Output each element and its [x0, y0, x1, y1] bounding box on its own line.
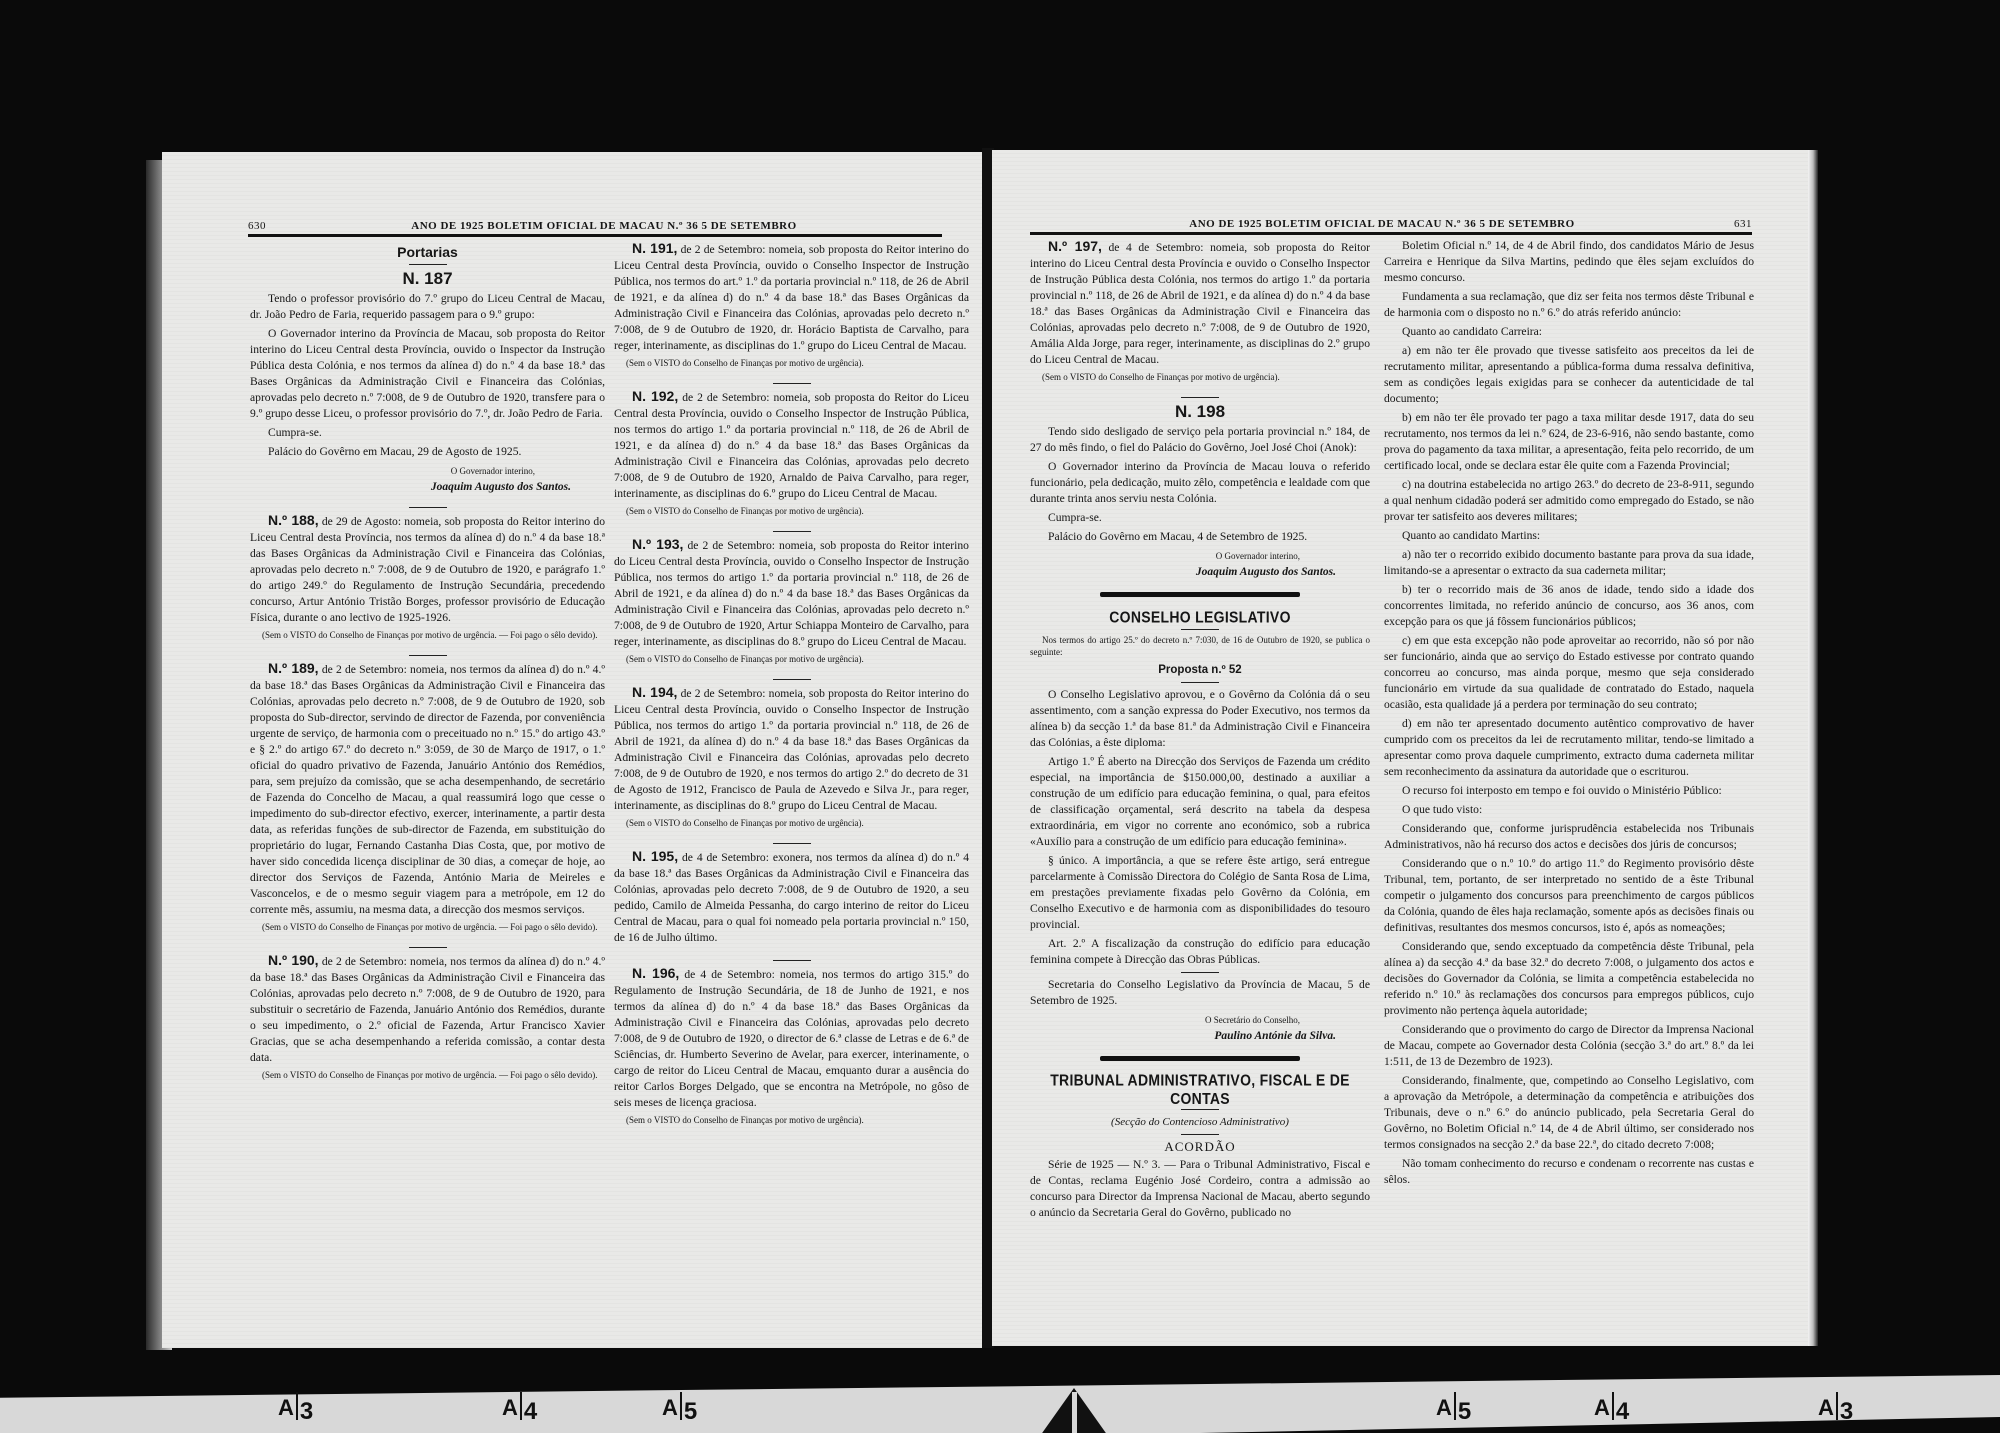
portaria-note: (Sem o VISTO do Conselho de Finanças por… — [614, 817, 969, 829]
portaria-text: de 29 de Agosto: nomeia, sob proposta do… — [250, 515, 605, 624]
acordao-paragraph: a) em não ter êle provado que tivesse sa… — [1384, 343, 1754, 407]
portaria-number: N. 198 — [1030, 404, 1370, 420]
page-edge — [1808, 150, 1818, 1346]
divider — [773, 383, 811, 384]
acordao-paragraph: b) ter o recorrido mais de 36 anos de id… — [1384, 582, 1754, 630]
right-page: ANO DE 1925 BOLETIM OFICIAL DE MACAU N.º… — [992, 150, 1812, 1346]
frame-marker: A3 — [1818, 1392, 1853, 1426]
portaria-lead: N. 191, — [632, 240, 677, 256]
running-head-title: ANO DE 1925 BOLETIM OFICIAL DE MACAU N.º… — [1030, 218, 1734, 230]
portaria-196: N. 196, de 4 de Setembro: nomeia, nos te… — [614, 965, 969, 1126]
acordao-paragraph: Considerando que o provimento do cargo d… — [1384, 1022, 1754, 1070]
divider — [1181, 972, 1219, 973]
left-page: 630 ANO DE 1925 BOLETIM OFICIAL DE MACAU… — [162, 152, 982, 1348]
acordao-paragraph: Considerando que, conforme jurisprudênci… — [1384, 821, 1754, 853]
frame-marker: A5 — [662, 1392, 697, 1426]
portaria-194: N. 194, de 2 de Setembro: nomeia, sob pr… — [614, 684, 969, 829]
divider — [409, 507, 447, 508]
signer-name: Joaquim Augusto dos Santos. — [1030, 564, 1336, 580]
portaria-note: (Sem o VISTO do Conselho de Finanças por… — [250, 921, 605, 933]
portaria-lead: N. 195, — [632, 848, 678, 864]
portaria-note: (Sem o VISTO do Conselho de Finanças por… — [250, 629, 605, 641]
divider — [409, 947, 447, 948]
portaria-lead: N. 192, — [632, 388, 678, 404]
conselho-article-2: Art. 2.º A fiscalização da construção do… — [1030, 936, 1370, 968]
portaria-note: (Sem o VISTO do Conselho de Finanças por… — [1030, 371, 1370, 383]
running-head: ANO DE 1925 BOLETIM OFICIAL DE MACAU N.º… — [1030, 210, 1752, 235]
divider — [773, 531, 811, 532]
left-column-2: N. 191, de 2 de Setembro: nomeia, sob pr… — [614, 240, 969, 1140]
portaria-lead: N. 196, — [632, 965, 679, 981]
frame-marker: A4 — [502, 1392, 537, 1426]
portaria-note: (Sem o VISTO do Conselho de Finanças por… — [614, 505, 969, 517]
portaria-place-date: Palácio do Govêrno em Macau, 4 de Setemb… — [1030, 529, 1370, 545]
right-column-1: N.º 197, de 4 de Setembro: nomeia, sob p… — [1030, 238, 1370, 1224]
acordao-paragraph: O recurso foi interposto em tempo e foi … — [1384, 783, 1754, 799]
divider — [409, 264, 447, 265]
acordao-paragraph: b) em não ter êle provado ter pago a tax… — [1384, 410, 1754, 474]
portaria-190: N.º 190, de 2 de Setembro: nomeia, nos t… — [250, 952, 605, 1081]
section-divider — [1100, 1056, 1300, 1061]
divider — [773, 960, 811, 961]
acordao-paragraph: Quanto ao candidato Carreira: — [1384, 324, 1754, 340]
portaria-192: N. 192, de 2 de Setembro: nomeia, sob pr… — [614, 388, 969, 517]
acordao-paragraph: Considerando que, sendo exceptuado da co… — [1384, 939, 1754, 1019]
conselho-paragraph: O Conselho Legislativo aprovou, e o Govê… — [1030, 687, 1370, 751]
signer-role: O Governador interino, — [250, 463, 535, 479]
left-column-1: Portarias N. 187 Tendo o professor provi… — [250, 240, 605, 1095]
tribunal-subtitle: (Secção do Contencioso Administrativo) — [1030, 1114, 1370, 1130]
portaria-text: de 2 de Setembro: nomeia, sob proposta d… — [614, 539, 969, 648]
portaria-cumpra: Cumpra-se. — [1030, 510, 1370, 526]
acordao-paragraph: d) em não ter apresentado documento autê… — [1384, 716, 1754, 780]
acordao-paragraph: a) não ter o recorrido exibido documento… — [1384, 547, 1754, 579]
conselho-article-1: Artigo 1.º É aberto na Direcção dos Serv… — [1030, 754, 1370, 850]
signer-role: O Governador interino, — [1030, 548, 1300, 564]
portaria-lead: N.º 193, — [632, 536, 683, 552]
acordao-paragraph: Quanto ao candidato Martins: — [1384, 528, 1754, 544]
portaria-lead: N.º 188, — [268, 512, 319, 528]
acordao-paragraph: O que tudo visto: — [1384, 802, 1754, 818]
acordao-paragraph: c) na doutrina estabelecida no artigo 26… — [1384, 477, 1754, 525]
portaria-193: N.º 193, de 2 de Setembro: nomeia, sob p… — [614, 536, 969, 665]
section-title: Portarias — [250, 244, 605, 260]
divider — [773, 679, 811, 680]
page-number: 630 — [248, 220, 266, 232]
portaria-note: (Sem o VISTO do Conselho de Finanças por… — [614, 357, 969, 369]
signer-name: Joaquim Augusto dos Santos. — [250, 479, 571, 495]
acordao-paragraph: c) em que esta excepção não pode aprovei… — [1384, 633, 1754, 713]
divider — [1181, 397, 1219, 398]
conselho-sole-paragraph: § único. A importância, a que se refere … — [1030, 853, 1370, 933]
portaria-text: de 4 de Setembro: nomeia, nos termos do … — [614, 968, 969, 1109]
acordao-paragraph: Fundamenta a sua reclamação, que diz ser… — [1384, 289, 1754, 321]
divider — [1181, 1109, 1219, 1110]
portaria-195: N. 195, de 4 de Setembro: exonera, nos t… — [614, 848, 969, 946]
center-alignment-slit — [1072, 1392, 1077, 1433]
portaria-text: de 2 de Setembro: nomeia, nos termos da … — [250, 955, 605, 1064]
divider — [1181, 629, 1219, 630]
portaria-intro: Tendo o professor provisório do 7.º grup… — [250, 291, 605, 323]
divider — [409, 655, 447, 656]
acordao-paragraph: Considerando, finalmente, que, competind… — [1384, 1073, 1754, 1153]
portaria-189: N.º 189, de 2 de Setembro: nomeia, nos t… — [250, 660, 605, 933]
portaria-place-date: Palácio do Govêrno em Macau, 29 de Agost… — [250, 444, 605, 460]
portaria-197: N.º 197, de 4 de Setembro: nomeia, sob p… — [1030, 238, 1370, 383]
running-head-title: ANO DE 1925 BOLETIM OFICIAL DE MACAU N.º… — [266, 220, 942, 232]
portaria-lead: N.º 190, — [268, 952, 319, 968]
acordao-paragraph: Não tomam conhecimento do recurso e cond… — [1384, 1156, 1754, 1188]
portaria-note: (Sem o VISTO do Conselho de Finanças por… — [614, 1114, 969, 1126]
portaria-text: de 2 de Setembro: nomeia, sob proposta d… — [614, 243, 969, 352]
portaria-number: N. 187 — [250, 271, 605, 287]
tribunal-title: TRIBUNAL ADMINISTRATIVO, FISCAL E DE CON… — [1030, 1071, 1370, 1108]
portaria-body: O Governador interino da Província de Ma… — [250, 326, 605, 422]
tribunal-opening: Série de 1925 — N.º 3. — Para o Tribunal… — [1030, 1157, 1370, 1221]
portaria-lead: N. 194, — [632, 684, 677, 700]
portaria-text: de 2 de Setembro: nomeia, sob proposta d… — [614, 687, 969, 812]
frame-marker: A4 — [1594, 1392, 1629, 1426]
portaria-cumpra: Cumpra-se. — [250, 425, 605, 441]
conselho-title: CONSELHO LEGISLATIVO — [1030, 608, 1370, 626]
portaria-text: de 4 de Setembro: nomeia, sob proposta d… — [1030, 241, 1370, 366]
right-column-2: Boletim Oficial n.º 14, de 4 de Abril fi… — [1384, 238, 1754, 1191]
signer-name: Paulino Antónie da Silva. — [1030, 1028, 1336, 1044]
portaria-lead: N.º 197, — [1048, 238, 1102, 254]
portaria-note: (Sem o VISTO do Conselho de Finanças por… — [614, 653, 969, 665]
frame-marker: A5 — [1436, 1392, 1471, 1426]
divider — [773, 843, 811, 844]
acordao-paragraph: Boletim Oficial n.º 14, de 4 de Abril fi… — [1384, 238, 1754, 286]
portaria-lead: N.º 189, — [268, 660, 319, 676]
running-head: 630 ANO DE 1925 BOLETIM OFICIAL DE MACAU… — [248, 212, 942, 237]
divider — [1181, 682, 1219, 683]
signer-role: O Secretário do Conselho, — [1030, 1012, 1300, 1028]
portaria-intro: Tendo sido desligado de serviço pela por… — [1030, 424, 1370, 456]
portaria-191: N. 191, de 2 de Setembro: nomeia, sob pr… — [614, 240, 969, 369]
conselho-preamble: Nos termos do artigo 25.º do decreto n.º… — [1030, 634, 1370, 658]
section-divider — [1100, 592, 1300, 597]
conselho-closing: Secretaria do Conselho Legislativo da Pr… — [1030, 977, 1370, 1009]
page-number: 631 — [1734, 218, 1752, 230]
divider — [1181, 1134, 1219, 1135]
portaria-text: de 4 de Setembro: exonera, nos termos da… — [614, 851, 969, 944]
frame-marker: A3 — [278, 1392, 313, 1426]
portaria-body: O Governador interino da Província de Ma… — [1030, 459, 1370, 507]
proposta-title: Proposta n.º 52 — [1030, 662, 1370, 678]
acordao-paragraph: Considerando que o n.º 10.º do artigo 11… — [1384, 856, 1754, 936]
portaria-text: de 2 de Setembro: nomeia, nos termos da … — [250, 663, 605, 916]
portaria-188: N.º 188, de 29 de Agosto: nomeia, sob pr… — [250, 512, 605, 641]
acordao-heading: ACORDÃO — [1030, 1139, 1370, 1155]
portaria-note: (Sem o VISTO do Conselho de Finanças por… — [250, 1069, 605, 1081]
portaria-text: de 2 de Setembro: nomeia, sob proposta d… — [614, 391, 969, 500]
